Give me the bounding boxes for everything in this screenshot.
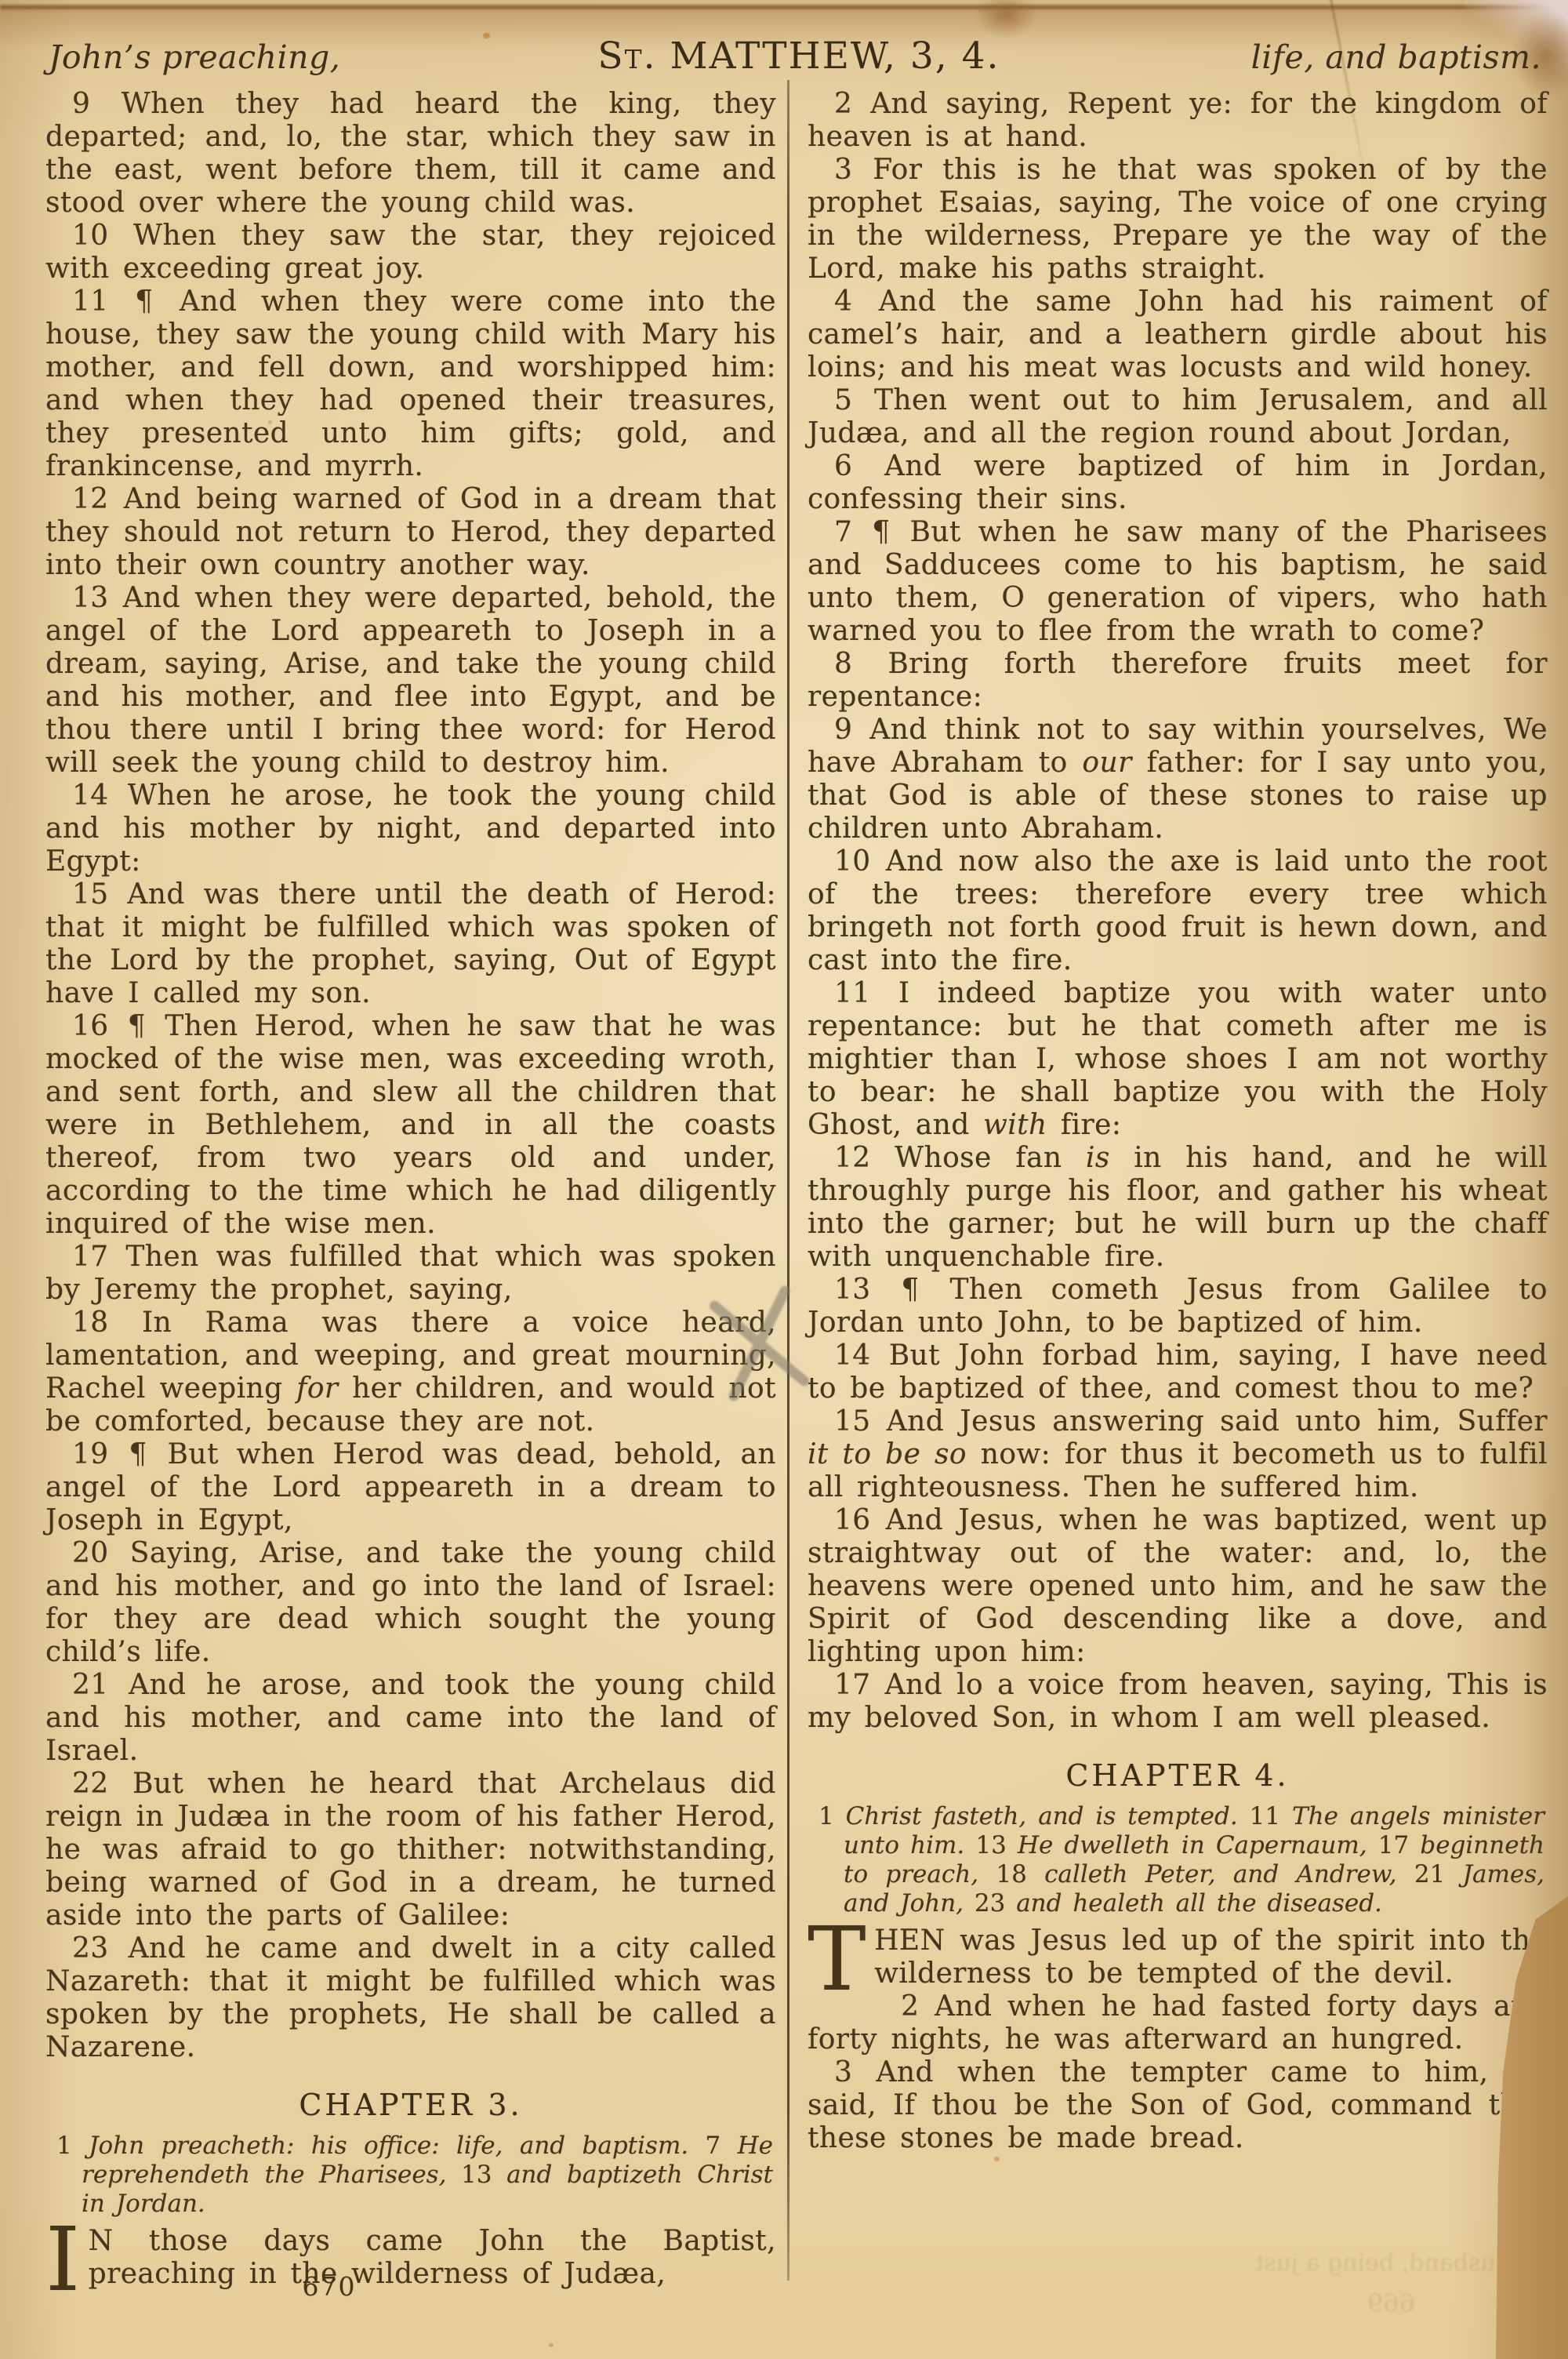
verse-number: 18 <box>72 1307 109 1339</box>
verse-3: 3 For this is he that was spoken of by t… <box>808 154 1548 285</box>
left-column: 9 When they had heard the king, they dep… <box>45 88 776 2293</box>
verse-number: 4 <box>834 285 852 318</box>
verse-number: 2 <box>834 88 852 120</box>
verse-19: 19 ¶ But when Herod was dead, behold, an… <box>45 1438 776 1537</box>
verse-11: 11 I indeed baptize you with water unto … <box>808 977 1548 1142</box>
verse-number: 9 <box>72 88 90 120</box>
verse-number: 14 <box>72 780 109 812</box>
verse-number: 13 <box>834 1274 871 1306</box>
chapter-summary: 1 Christ fasteth, and is tempted. 11 The… <box>808 1802 1544 1918</box>
paper-speck <box>994 2157 1000 2161</box>
verse-number: 11 <box>72 285 109 318</box>
verse-15: 15 And was there until the death of Hero… <box>45 878 776 1010</box>
verse-number: 8 <box>834 648 852 680</box>
verse-7: 7 ¶ But when he saw many of the Pharisee… <box>808 516 1548 648</box>
verse-number: 20 <box>72 1537 109 1569</box>
verse-number: 13 <box>72 582 109 614</box>
chapter-heading: CHAPTER 3. <box>45 2088 776 2122</box>
paper-speck <box>268 420 272 424</box>
column-rule <box>787 80 789 2281</box>
verse-3: 3 And when the tempter came to him, he s… <box>808 2056 1548 2155</box>
verse-23: 23 And he came and dwelt in a city calle… <box>45 1932 776 2064</box>
running-head-left: John’s preaching, <box>49 38 340 76</box>
running-head: John’s preaching, St. MATTHEW, 3, 4. lif… <box>49 35 1541 78</box>
verse-8: 8 Bring forth therefore fruits meet for … <box>808 648 1548 714</box>
pilcrow-mark: ¶ <box>126 1438 149 1470</box>
bible-page-scan: John’s preaching, St. MATTHEW, 3, 4. lif… <box>0 0 1568 2359</box>
verse-number: 14 <box>834 1339 871 1372</box>
verse-number: 12 <box>72 483 109 515</box>
verse-number: 17 <box>72 1241 109 1273</box>
verse-21: 21 And he arose, and took the young chil… <box>45 1669 776 1768</box>
verse-16: 16 And Jesus, when he was baptized, went… <box>808 1504 1548 1669</box>
verse-number: 23 <box>72 1932 109 1965</box>
pencil-stroke <box>707 1299 811 1388</box>
verse-4: 4 And the same John had his raiment of c… <box>808 285 1548 384</box>
verse-20: 20 Saying, Arise, and take the young chi… <box>45 1537 776 1669</box>
verse-number: 21 <box>72 1669 109 1701</box>
verse-number: 16 <box>834 1504 871 1536</box>
verse-6: 6 And were baptized of him in Jordan, co… <box>808 450 1548 516</box>
verse-14: 14 But John forbad him, saying, I have n… <box>808 1339 1548 1405</box>
verse-11: 11 ¶ And when they were come into the ho… <box>45 285 776 483</box>
verse-number: 3 <box>834 154 852 186</box>
verse-number: 9 <box>834 714 852 746</box>
verse-number: 15 <box>72 878 109 911</box>
pilcrow-mark: ¶ <box>898 1274 921 1306</box>
verse-number: 12 <box>834 1142 871 1174</box>
verse-number: 15 <box>834 1405 871 1438</box>
verse-number: 10 <box>834 845 871 878</box>
paper-speck <box>549 2343 554 2347</box>
verse-number: 17 <box>834 1669 871 1701</box>
bleed-through-page-number: 669 <box>1367 2288 1415 2318</box>
verse-number: 19 <box>72 1438 109 1470</box>
page-number: 670 <box>235 2271 423 2302</box>
pilcrow-mark: ¶ <box>132 285 155 318</box>
chapter-heading: CHAPTER 4. <box>808 1758 1548 1793</box>
verse-17: 17 Then was fulfilled that which was spo… <box>45 1241 776 1307</box>
drop-cap: T <box>808 1927 874 1993</box>
verse-number: 16 <box>72 1010 109 1042</box>
running-head-center: St. MATTHEW, 3, 4. <box>597 35 1000 78</box>
verse-number: 6 <box>834 450 852 482</box>
verse-number: 3 <box>834 2056 852 2088</box>
drop-cap: I <box>45 2227 89 2293</box>
verse-2: 2 And when he had fasted forty days and … <box>808 1990 1548 2056</box>
verse-number: 7 <box>834 516 852 548</box>
pilcrow-mark: ¶ <box>125 1010 148 1042</box>
verse-12: 12 And being warned of God in a dream th… <box>45 483 776 582</box>
opening-paragraph: THEN was Jesus led up of the spirit into… <box>808 1925 1548 1990</box>
verse-13: 13 And when they were departed, behold, … <box>45 582 776 780</box>
verse-13: 13 ¶ Then cometh Jesus from Galilee to J… <box>808 1274 1548 1339</box>
verse-number: 2 <box>901 1990 919 2023</box>
verse-number: 5 <box>834 384 852 416</box>
chapter-summary: 1 John preacheth: his office: life, and … <box>45 2132 773 2219</box>
verse-17: 17 And lo a voice from heaven, saying, T… <box>808 1669 1548 1735</box>
verse-14: 14 When he arose, he took the young chil… <box>45 780 776 878</box>
verse-16: 16 ¶ Then Herod, when he saw that he was… <box>45 1010 776 1241</box>
verse-number: 11 <box>834 977 871 1009</box>
verse-number: 10 <box>72 220 109 252</box>
verse-22: 22 But when he heard that Archelaus did … <box>45 1768 776 1932</box>
running-head-right: life, and baptism. <box>1251 38 1541 76</box>
verse-18: 18 In Rama was there a voice heard, lame… <box>45 1307 776 1438</box>
verse-9: 9 When they had heard the king, they dep… <box>45 88 776 220</box>
verse-number: 22 <box>72 1768 109 1800</box>
verse-15: 15 And Jesus answering said unto him, Su… <box>808 1405 1548 1504</box>
right-column: 2 And saying, Repent ye: for the kingdom… <box>808 88 1548 2155</box>
verse-12: 12 Whose fan is in his hand, and he will… <box>808 1142 1548 1274</box>
verse-10: 10 When they saw the star, they rejoiced… <box>45 220 776 285</box>
pencil-x-mark <box>699 1283 817 1405</box>
paper-speck <box>483 33 490 38</box>
verse-9: 9 And think not to say within yourselves… <box>808 714 1548 845</box>
verse-10: 10 And now also the axe is laid unto the… <box>808 845 1548 977</box>
pilcrow-mark: ¶ <box>869 516 892 548</box>
verse-2: 2 And saying, Repent ye: for the kingdom… <box>808 88 1548 154</box>
verse-5: 5 Then went out to him Jerusalem, and al… <box>808 384 1548 450</box>
